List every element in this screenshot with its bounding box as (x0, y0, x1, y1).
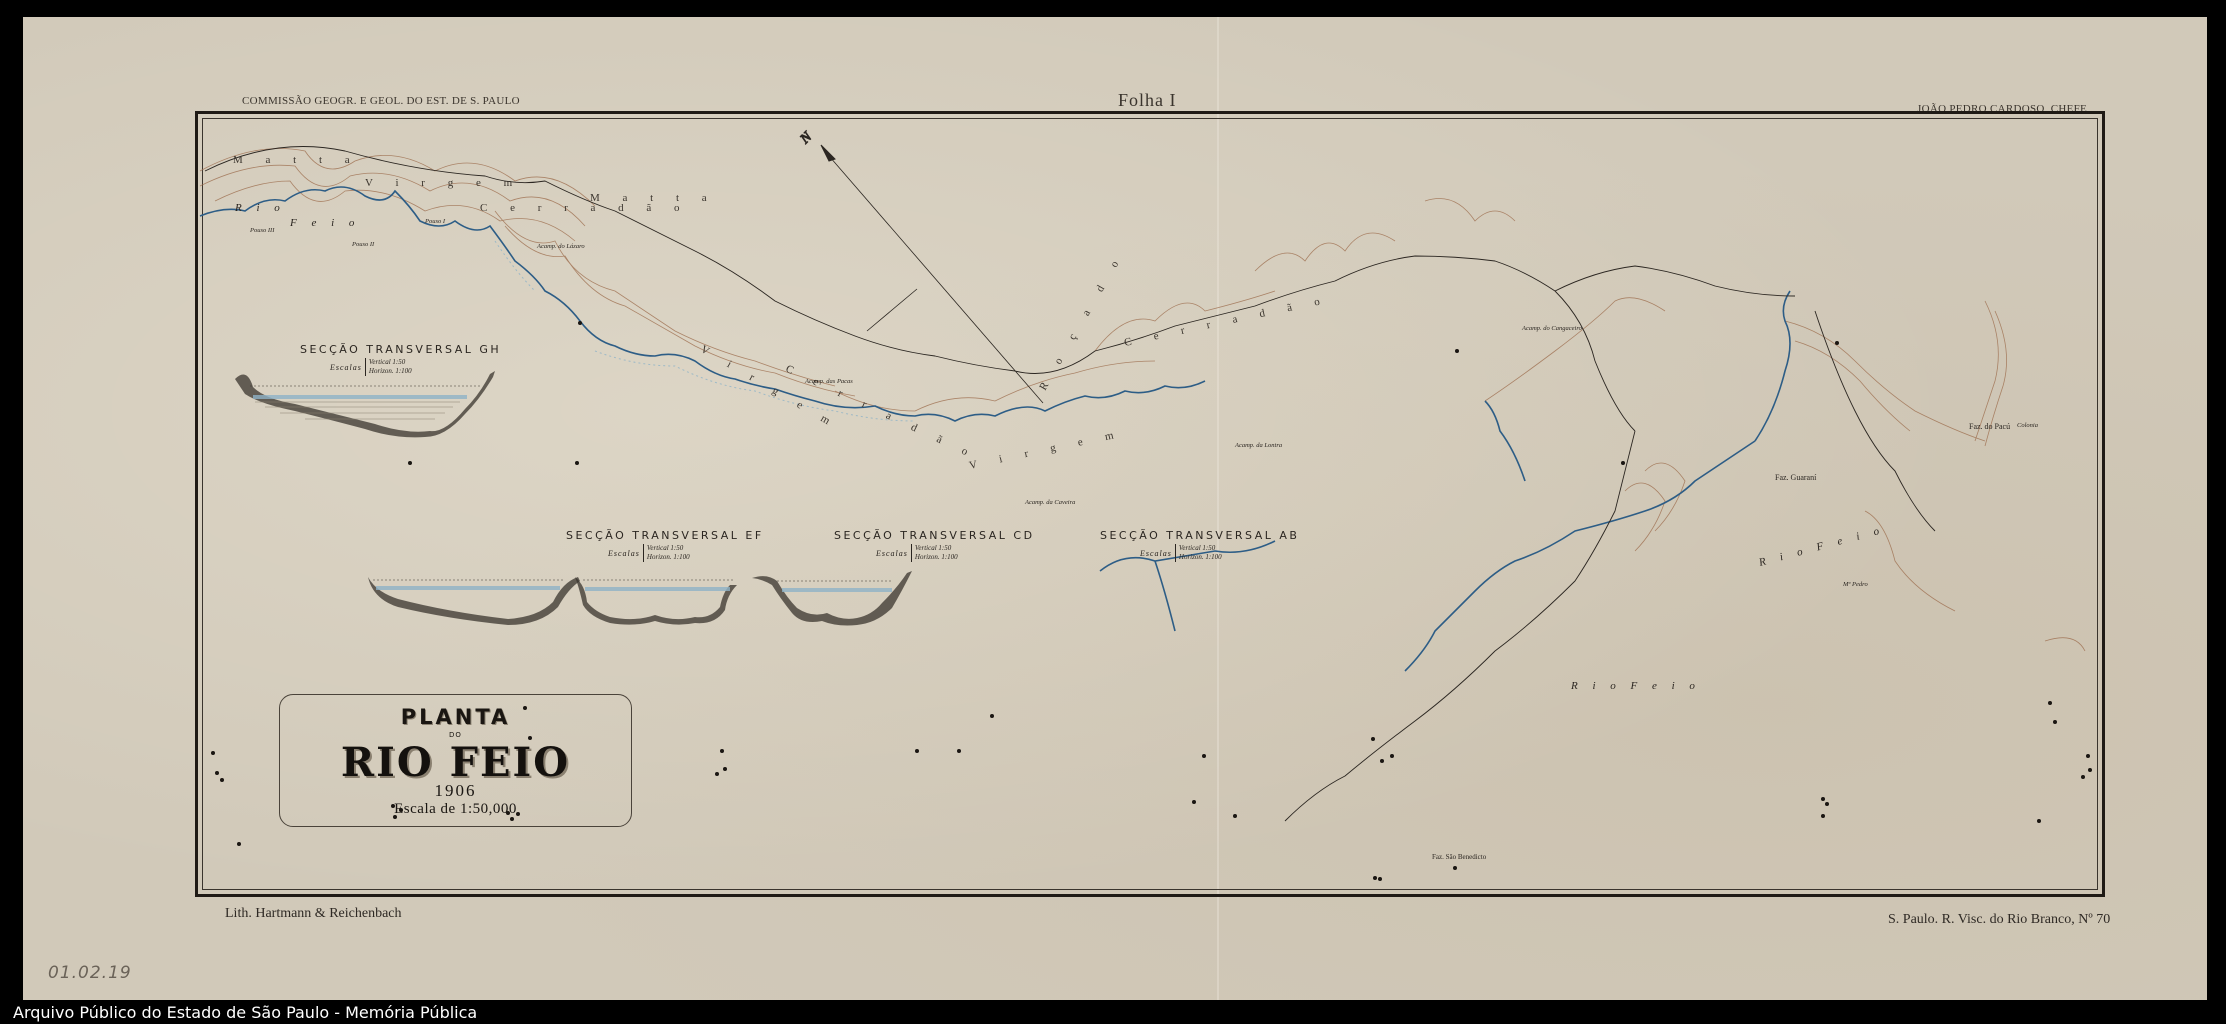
svg-text:Colonia: Colonia (2017, 422, 2038, 429)
svg-text:Acamp. da Lontra: Acamp. da Lontra (1234, 442, 1282, 449)
header-sheet-number: Folha I (1118, 90, 1177, 111)
svg-text:R i o: R i o (234, 202, 286, 214)
svg-text:Faz. do Pacú: Faz. do Pacú (1969, 422, 2010, 431)
title-year: 1906 (280, 781, 631, 801)
footer-address: S. Paulo. R. Visc. do Rio Branco, Nº 70 (1888, 912, 2110, 928)
svg-text:F e i o: F e i o (289, 217, 360, 229)
cross-section-ef (368, 577, 580, 625)
svg-text:Faz. São Benedicto: Faz. São Benedicto (1432, 853, 1487, 861)
north-arrow: N (797, 129, 1043, 403)
svg-text:R i o F e i o: R i o F e i o (1757, 524, 1887, 569)
section-cd-scales: EscalasVertical 1:50Horizon. 1:100 (876, 544, 958, 562)
section-ef-title: SECÇÃO TRANSVERSAL EF (566, 529, 764, 542)
title-rio-feio: RIO FEIO (280, 739, 631, 786)
section-gh-title: SECÇÃO TRANSVERSAL GH (300, 343, 501, 356)
svg-text:M a t t a: M a t t a (590, 192, 717, 204)
svg-text:Mº Pedro: Mº Pedro (1842, 581, 1868, 588)
cross-section-ab (752, 571, 912, 626)
cross-section-cd (575, 577, 737, 625)
title-cartouche: PLANTA DO RIO FEIO 1906 Escala de 1:50,0… (279, 694, 632, 827)
svg-text:M a t t a: M a t t a (233, 154, 360, 166)
region-labels: M a t t a V i r g e m C e r r a d ã o M … (233, 154, 1331, 472)
title-planta: PLANTA (280, 705, 631, 729)
svg-text:V i r g e m: V i r g e m (365, 177, 522, 189)
title-scale: Escala de 1:50,000 (280, 801, 631, 818)
svg-text:Acamp. do Cangaceiro: Acamp. do Cangaceiro (1521, 325, 1583, 332)
section-gh-scales: EscalasVertical 1:50Horizon. 1:100 (330, 358, 412, 376)
contour-lines (200, 149, 2085, 652)
section-ab-title: SECÇÃO TRANSVERSAL AB (1100, 529, 1299, 542)
cross-section-gh (235, 371, 495, 437)
svg-text:Acamp. das Pacas: Acamp. das Pacas (804, 378, 853, 385)
section-ab-scales: EscalasVertical 1:50Horizon. 1:100 (1140, 544, 1222, 562)
section-cd-title: SECÇÃO TRANSVERSAL CD (834, 529, 1035, 542)
svg-text:R i o F e i o: R i o F e i o (1570, 680, 1701, 692)
pencil-annotation: 01.02.19 (48, 963, 132, 983)
svg-text:Pouso II: Pouso II (351, 241, 375, 248)
title-do: DO (280, 731, 631, 739)
archive-caption: Arquivo Público do Estado de São Paulo -… (13, 1003, 477, 1022)
svg-text:Pouso III: Pouso III (249, 227, 275, 234)
svg-text:Acamp. do Lázaro: Acamp. do Lázaro (536, 243, 585, 250)
svg-text:Acamp. da Caveira: Acamp. da Caveira (1024, 499, 1075, 506)
svg-text:V i r g e m: V i r g e m (968, 428, 1124, 472)
north-arrow-label: N (797, 129, 815, 147)
footer-lithographer: Lith. Hartmann & Reichenbach (225, 906, 402, 922)
svg-text:Pouso I: Pouso I (424, 218, 446, 225)
header-commission: COMMISSÃO GEOGR. E GEOL. DO EST. DE S. P… (242, 95, 520, 107)
svg-text:Faz. Guaraní: Faz. Guaraní (1775, 473, 1817, 482)
river-rio-feio (200, 187, 1790, 671)
section-ef-scales: EscalasVertical 1:50Horizon. 1:100 (608, 544, 690, 562)
svg-text:C e r r a d ã o: C e r r a d ã o (1123, 294, 1330, 349)
